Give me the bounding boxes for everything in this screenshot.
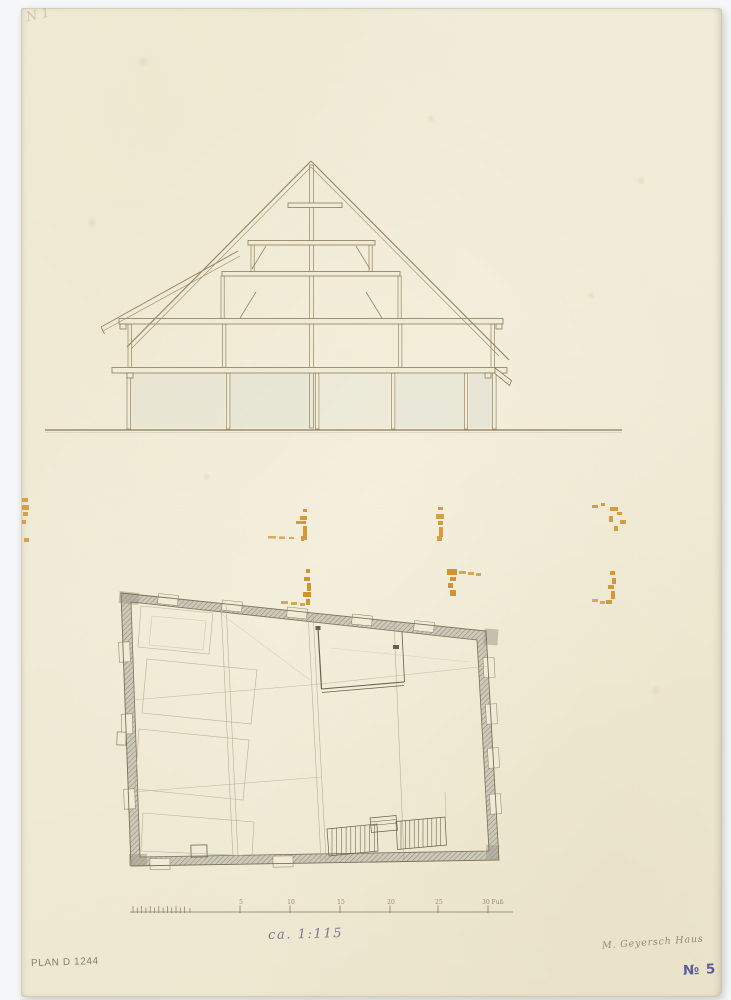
scale-tick-label: 25 xyxy=(435,899,443,906)
diagonal-struts xyxy=(240,246,382,318)
plan-ink-partition xyxy=(316,626,405,693)
rust-stains xyxy=(22,498,626,606)
plan-staircase xyxy=(327,816,447,857)
ground-line xyxy=(45,430,622,433)
scale-tick-label: 5 xyxy=(239,899,243,906)
scanned-sheet-canvas: 5 10 15 20 25 30 Fuß xyxy=(0,0,731,1000)
cross-section-drawing xyxy=(45,161,622,433)
roof-rafters xyxy=(101,161,509,360)
plan-pencil-lines xyxy=(132,604,488,862)
scale-tick-label: 30 Fuß xyxy=(482,899,504,906)
scale-tick-label: 10 xyxy=(287,899,295,906)
scale-ratio-note: ca. 1:115 xyxy=(268,926,344,943)
plan-door-notch xyxy=(191,845,207,857)
edge-stains xyxy=(22,498,29,542)
plan-walls-hatch xyxy=(121,593,499,866)
wall-wash-panels xyxy=(131,374,493,428)
scale-tick-label: 20 xyxy=(387,899,395,906)
plan-wall-bump xyxy=(117,732,126,745)
scale-bar: 5 10 15 20 25 30 Fuß xyxy=(130,899,513,913)
floor-plan-drawing xyxy=(117,591,502,870)
scale-tick-label: 15 xyxy=(337,899,345,906)
sheet-number-note: № 5 xyxy=(683,961,717,979)
architectural-drawing-svg: 5 10 15 20 25 30 Fuß xyxy=(0,0,731,1000)
